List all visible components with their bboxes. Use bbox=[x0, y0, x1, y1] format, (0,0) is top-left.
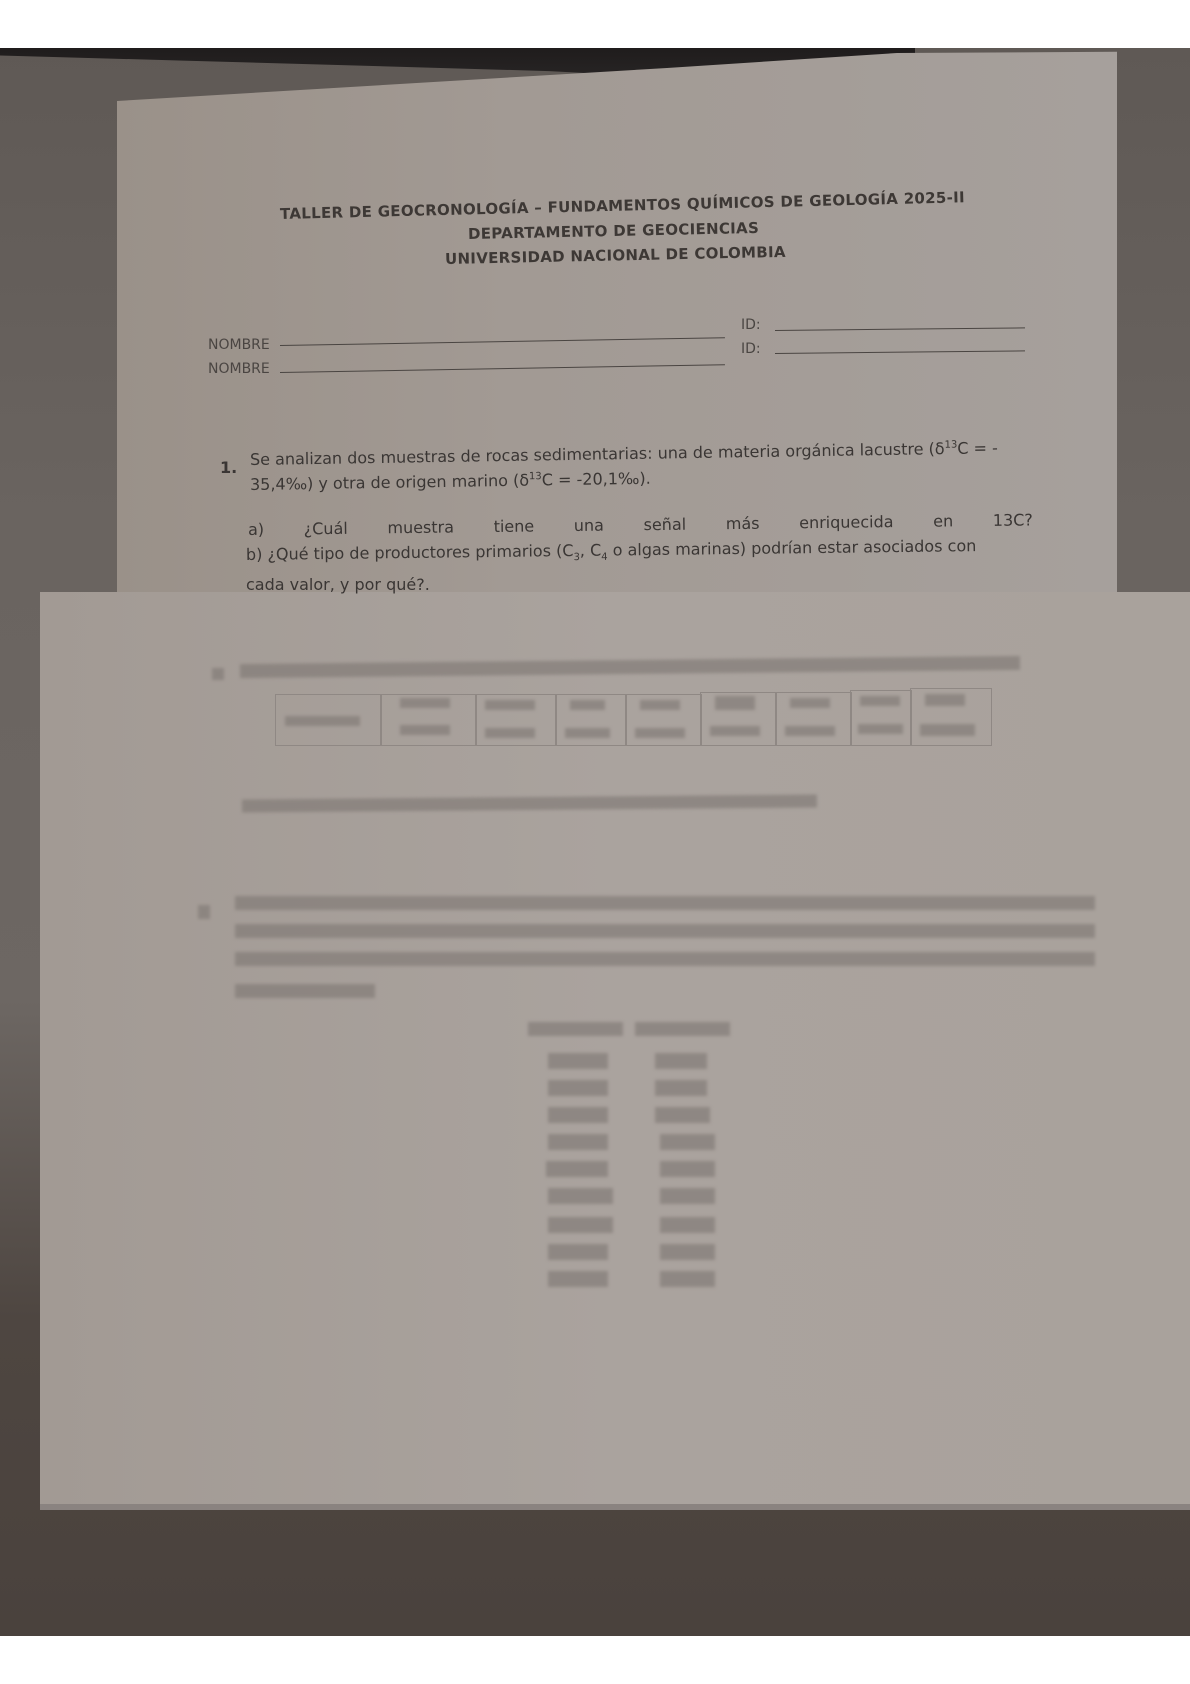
q1a-word: tiene bbox=[494, 517, 535, 536]
q2-text-blur bbox=[240, 656, 1020, 678]
q1-text-3: 35,4‰) y otra de origen marino (δ bbox=[250, 471, 529, 494]
q3-text-line-blur bbox=[235, 952, 1095, 966]
q3-cell-blur bbox=[660, 1271, 715, 1287]
id-label-2: ID: bbox=[741, 341, 761, 357]
worksheet: TALLER DE GEOCRONOLOGÍA – FUNDAMENTOS QU… bbox=[0, 0, 1190, 1684]
q3-cell-blur bbox=[548, 1107, 608, 1123]
q1a-word: a) bbox=[248, 520, 264, 539]
question-1-line-1: Se analizan dos muestras de rocas sedime… bbox=[250, 438, 998, 469]
q2-cell-blur bbox=[790, 698, 830, 708]
q1a-word: en bbox=[933, 511, 953, 530]
q3-cell-blur bbox=[655, 1107, 710, 1123]
q3-number-blur bbox=[198, 905, 210, 919]
q2-subquestion-blur bbox=[242, 794, 817, 812]
q2-cell-blur bbox=[285, 716, 360, 726]
q1b-text-3: o algas marinas) podrían estar asociados… bbox=[607, 536, 976, 560]
name-field-1[interactable] bbox=[280, 337, 725, 346]
q2-cell-blur bbox=[485, 728, 535, 738]
q2-cell-blur bbox=[400, 725, 450, 735]
q1-text-1: Se analizan dos muestras de rocas sedime… bbox=[250, 439, 945, 469]
name-label-2: NOMBRE bbox=[208, 361, 270, 377]
q2-cell-blur bbox=[710, 726, 760, 736]
q2-cell-blur bbox=[635, 728, 685, 738]
q3-cell-blur bbox=[548, 1080, 608, 1096]
q1-text-4: C = -20,1‰). bbox=[542, 469, 651, 490]
q2-cell-blur bbox=[858, 724, 903, 734]
q3-header-blur bbox=[528, 1022, 623, 1036]
q3-cell-blur bbox=[548, 1271, 608, 1287]
q1a-word: señal bbox=[643, 515, 686, 535]
id-field-2[interactable] bbox=[775, 350, 1025, 354]
q3-cell-blur bbox=[660, 1217, 715, 1233]
question-1b-line-2: cada valor, y por qué?. bbox=[246, 575, 430, 594]
q3-text-line-blur bbox=[235, 924, 1095, 938]
q1a-word: más bbox=[726, 514, 760, 533]
q1a-word: una bbox=[574, 516, 604, 535]
q2-cell-blur bbox=[640, 700, 680, 710]
header-department: DEPARTAMENTO DE GEOCIENCIAS bbox=[468, 219, 759, 243]
q1-sup-1: 13 bbox=[944, 440, 957, 451]
q3-cell-blur bbox=[548, 1134, 608, 1150]
q3-cell-blur bbox=[660, 1188, 715, 1204]
q2-cell-blur bbox=[860, 696, 900, 706]
q3-text-line-blur bbox=[235, 984, 375, 998]
q2-cell-blur bbox=[785, 726, 835, 736]
q2-cell-blur bbox=[485, 700, 535, 710]
q3-text-line-blur bbox=[235, 896, 1095, 910]
id-field-1[interactable] bbox=[775, 327, 1025, 331]
q2-cell-blur bbox=[925, 694, 965, 706]
question-1-line-2: 35,4‰) y otra de origen marino (δ13C = -… bbox=[250, 469, 651, 494]
q2-cell-blur bbox=[400, 698, 450, 708]
name-label-1: NOMBRE bbox=[208, 337, 270, 353]
q1a-word: muestra bbox=[387, 517, 454, 537]
q1b-text-2: , C bbox=[580, 541, 602, 560]
q3-cell-blur bbox=[655, 1053, 707, 1069]
q2-cell-blur bbox=[565, 728, 610, 738]
q2-cell-blur bbox=[570, 700, 605, 710]
q1-sup-2: 13 bbox=[529, 471, 542, 482]
q1-text-2: C = - bbox=[957, 438, 998, 458]
question-1b-line-1: b) ¿Qué tipo de productores primarios (C… bbox=[246, 536, 977, 567]
q3-cell-blur bbox=[660, 1161, 715, 1177]
q2-number-blur bbox=[212, 668, 224, 680]
header-title: TALLER DE GEOCRONOLOGÍA – FUNDAMENTOS QU… bbox=[280, 188, 965, 223]
q2-cell-blur bbox=[920, 724, 975, 736]
q1a-word: enriquecida bbox=[799, 512, 894, 532]
id-label-1: ID: bbox=[741, 317, 761, 333]
q3-cell-blur bbox=[548, 1217, 613, 1233]
q1a-word: 13C? bbox=[993, 510, 1033, 529]
name-field-2[interactable] bbox=[280, 364, 725, 373]
q3-cell-blur bbox=[660, 1244, 715, 1260]
header-university: UNIVERSIDAD NACIONAL DE COLOMBIA bbox=[445, 243, 786, 268]
q1a-word: ¿Cuál bbox=[304, 519, 348, 539]
q3-cell-blur bbox=[548, 1188, 613, 1204]
q3-header-blur bbox=[635, 1022, 730, 1036]
q2-cell-blur bbox=[715, 696, 755, 710]
q3-cell-blur bbox=[546, 1161, 608, 1177]
q3-cell-blur bbox=[660, 1134, 715, 1150]
question-1-number: 1. bbox=[220, 458, 237, 477]
q3-cell-blur bbox=[548, 1053, 608, 1069]
q3-cell-blur bbox=[655, 1080, 707, 1096]
q3-cell-blur bbox=[548, 1244, 608, 1260]
question-1a: a) ¿Cuál muestra tiene una señal más enr… bbox=[248, 510, 1033, 539]
q1b-text-1: b) ¿Qué tipo de productores primarios (C bbox=[246, 541, 574, 564]
